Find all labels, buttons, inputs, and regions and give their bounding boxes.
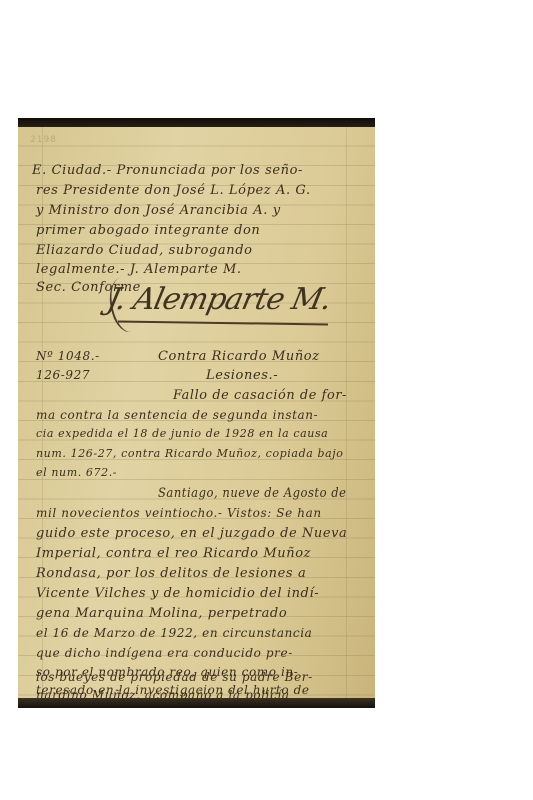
text-line: Rondasa, por los delitos de lesiones a: [36, 566, 306, 581]
text-line: gena Marquina Molina, perpetrado: [36, 606, 287, 621]
text-line: que dicho indígena era conducido pre-: [36, 646, 293, 660]
case-number: Nº 1048.-: [36, 349, 100, 363]
text-line: el 16 de Marzo de 1922, en circunstancia: [36, 626, 312, 640]
text-line: mil novecientos veintiocho.- Vistos: Se …: [36, 506, 322, 520]
text-line: res Presidente don José L. López A. G.: [36, 183, 311, 198]
case-subject: Lesiones.-: [206, 368, 278, 383]
page-stamp: 2198: [30, 135, 57, 145]
text-line: legalmente.- J. Alemparte M.: [36, 262, 242, 277]
text-line: el num. 672.-: [36, 466, 117, 479]
manuscript-photo: 2198 E. Ciudad.- Pronunciada por los señ…: [18, 118, 375, 708]
right-margin-rule: [346, 127, 347, 699]
ledger-page: 2198 E. Ciudad.- Pronunciada por los señ…: [18, 127, 375, 699]
text-line: ma contra la sentencia de segunda instan…: [36, 408, 318, 422]
text-line: guido este proceso, en el juzgado de Nue…: [36, 526, 347, 541]
text-line: y Ministro don José Arancibia A. y: [36, 203, 281, 218]
text-line: teresado en la investigacion del hurto d…: [36, 683, 310, 697]
text-line: primer abogado integrante don: [36, 223, 260, 238]
text-line: E. Ciudad.- Pronunciada por los seño-: [32, 163, 303, 178]
text-line: Eliazardo Ciudad, subrogando: [36, 243, 253, 258]
text-line: Fallo de casación de for-: [173, 388, 347, 403]
text-line: so por el nombrado reo, quien como in-: [36, 665, 298, 679]
book-bottom-edge: [18, 698, 375, 708]
text-line: cia expedida el 18 de junio de 1928 en l…: [36, 427, 328, 440]
case-roll: 126-927: [36, 368, 90, 382]
text-line: Vicente Vilches y de homicidio del indí-: [36, 586, 319, 601]
case-title: Contra Ricardo Muñoz: [158, 349, 320, 364]
text-line: num. 126-27, contra Ricardo Muñoz, copia…: [36, 447, 344, 460]
signature: J. Alemparte M.: [104, 282, 334, 317]
text-line: Imperial, contra el reo Ricardo Muñoz: [36, 546, 311, 561]
text-line: Santiago, nueve de Agosto de: [158, 486, 347, 501]
